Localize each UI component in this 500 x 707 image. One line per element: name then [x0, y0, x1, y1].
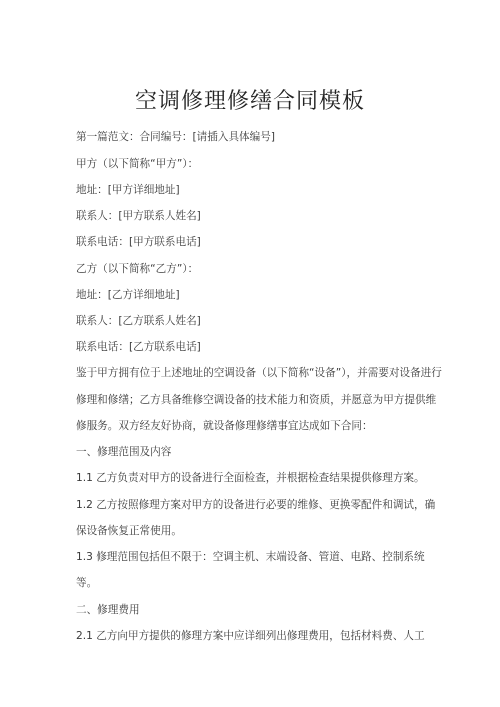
document-page: 空调修理修缮合同模板 第一篇范文：合同编号：[请插入具体编号] 甲方（以下简称“…: [0, 0, 500, 707]
contract-number-line: 第一篇范文：合同编号：[请插入具体编号]: [76, 130, 275, 144]
section-1-heading: 一、修理范围及内容: [76, 445, 171, 459]
preamble-line-2: 修理和修缮；乙方具备维修空调设备的技术能力和资质，并愿意为甲方提供维: [76, 393, 436, 407]
clause-2-1-line-1: 2.1 乙方向甲方提供的修理方案中应详细列出修理费用，包括材料费、人工: [76, 629, 425, 643]
preamble-line-1: 鉴于甲方拥有位于上述地址的空调设备（以下简称“设备”），并需要对设备进行: [76, 366, 442, 380]
party-b-address: 地址：[乙方详细地址]: [76, 288, 180, 302]
clause-1-3-line-2: 等。: [76, 576, 97, 590]
party-b-contact: 联系人：[乙方联系人姓名]: [76, 314, 201, 328]
clause-1-2-line-2: 保设备恢复正常使用。: [76, 524, 182, 538]
preamble-line-3: 修服务。双方经友好协商，就设备修理修缮事宜达成如下合同：: [76, 419, 373, 433]
party-a-address: 地址：[甲方详细地址]: [76, 183, 180, 197]
clause-1-2-line-1: 1.2 乙方按照修理方案对甲方的设备进行必要的维修、更换零配件和调试，确: [76, 498, 435, 512]
clause-1-3-line-1: 1.3 修理范围包括但不限于：空调主机、末端设备、管道、电路、控制系统: [76, 550, 425, 564]
party-b-phone: 联系电话：[乙方联系电话]: [76, 340, 201, 354]
document-title: 空调修理修缮合同模板: [0, 84, 500, 115]
party-a-heading: 甲方（以下简称“甲方”）：: [76, 157, 198, 171]
party-b-heading: 乙方（以下简称“乙方”）：: [76, 262, 198, 276]
section-2-heading: 二、修理费用: [76, 603, 140, 617]
clause-1-1: 1.1 乙方负责对甲方的设备进行全面检查，并根据检查结果提供修理方案。: [76, 471, 425, 485]
party-a-contact: 联系人：[甲方联系人姓名]: [76, 209, 201, 223]
party-a-phone: 联系电话：[甲方联系电话]: [76, 235, 201, 249]
